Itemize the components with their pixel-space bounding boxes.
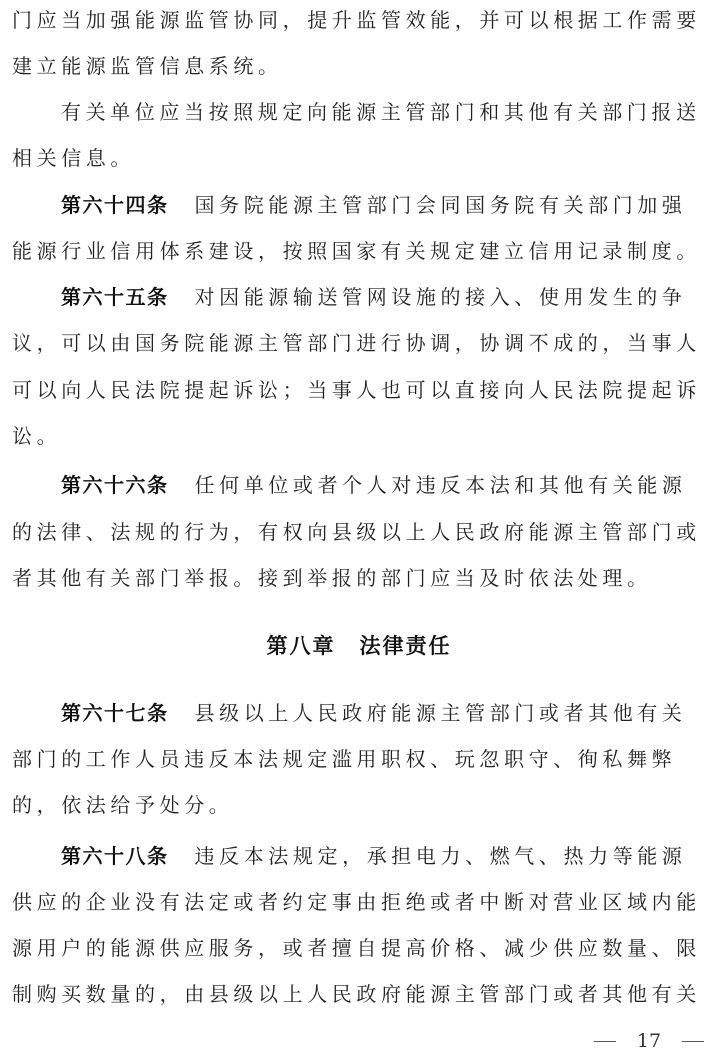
article-text: 国务院能源主管部门会同国务院有关部门加强	[195, 193, 687, 217]
text-line: 的，依法给予处分。	[12, 790, 708, 820]
article-68-first-line: 第六十八条违反本法规定，承担电力、燃气、热力等能源	[61, 841, 718, 871]
text-line: 的法律、法规的行为，有权向县级以上人民政府能源主管部门或	[12, 517, 708, 547]
chapter-number: 第八章	[267, 634, 336, 658]
article-text: 县级以上人民政府能源主管部门或者其他有关	[195, 701, 687, 725]
text-line: 相关信息。	[12, 143, 708, 173]
text-line: 者其他有关部门举报。接到举报的部门应当及时依法处理。	[12, 563, 708, 593]
article-label: 第六十八条	[61, 844, 169, 868]
chapter-heading: 第八章法律责任	[0, 630, 718, 662]
document-page: 门应当加强能源监管协同，提升监管效能，并可以根据工作需要 建立能源监管信息系统。…	[0, 0, 718, 1060]
dash-left	[594, 1041, 616, 1042]
chapter-title: 法律责任	[360, 634, 452, 658]
text-line: 议，可以由国务院能源主管部门进行协调，协调不成的，当事人	[12, 328, 708, 358]
article-label: 第六十五条	[61, 285, 169, 309]
text-line: 能源行业信用体系建设，按照国家有关规定建立信用记录制度。	[12, 236, 708, 266]
text-line: 门应当加强能源监管协同，提升监管效能，并可以根据工作需要	[12, 5, 708, 35]
text-line: 源用户的能源供应服务，或者擅自提高价格、减少供应数量、限	[12, 933, 708, 963]
article-text: 违反本法规定，承担电力、燃气、热力等能源	[195, 844, 687, 868]
article-label: 第六十四条	[61, 193, 169, 217]
text-line: 部门的工作人员违反本法规定滥用职权、玩忽职守、徇私舞弊	[12, 744, 708, 774]
article-text: 任何单位或者个人对违反本法和其他有关能源	[195, 473, 687, 497]
page-number: 17	[594, 1028, 704, 1054]
article-label: 第六十七条	[61, 701, 169, 725]
text-line: 建立能源监管信息系统。	[12, 51, 708, 81]
text-line: 供应的企业没有法定或者约定事由拒绝或者中断对营业区域内能	[12, 887, 708, 917]
text-line: 可以向人民法院提起诉讼；当事人也可以直接向人民法院提起诉	[12, 375, 708, 405]
text-line: 讼。	[12, 421, 708, 451]
text-line: 制购买数量的，由县级以上人民政府能源主管部门或者其他有关	[12, 979, 708, 1009]
text-line: 有关单位应当按照规定向能源主管部门和其他有关部门报送	[61, 97, 718, 127]
article-label: 第六十六条	[61, 473, 169, 497]
dash-right	[682, 1041, 704, 1042]
page-number-value: 17	[637, 1028, 661, 1054]
article-67-first-line: 第六十七条县级以上人民政府能源主管部门或者其他有关	[61, 698, 718, 728]
article-64-first-line: 第六十四条国务院能源主管部门会同国务院有关部门加强	[61, 190, 718, 220]
article-66-first-line: 第六十六条任何单位或者个人对违反本法和其他有关能源	[61, 470, 718, 500]
article-text: 对因能源输送管网设施的接入、使用发生的争	[195, 285, 687, 309]
article-65-first-line: 第六十五条对因能源输送管网设施的接入、使用发生的争	[61, 282, 718, 312]
